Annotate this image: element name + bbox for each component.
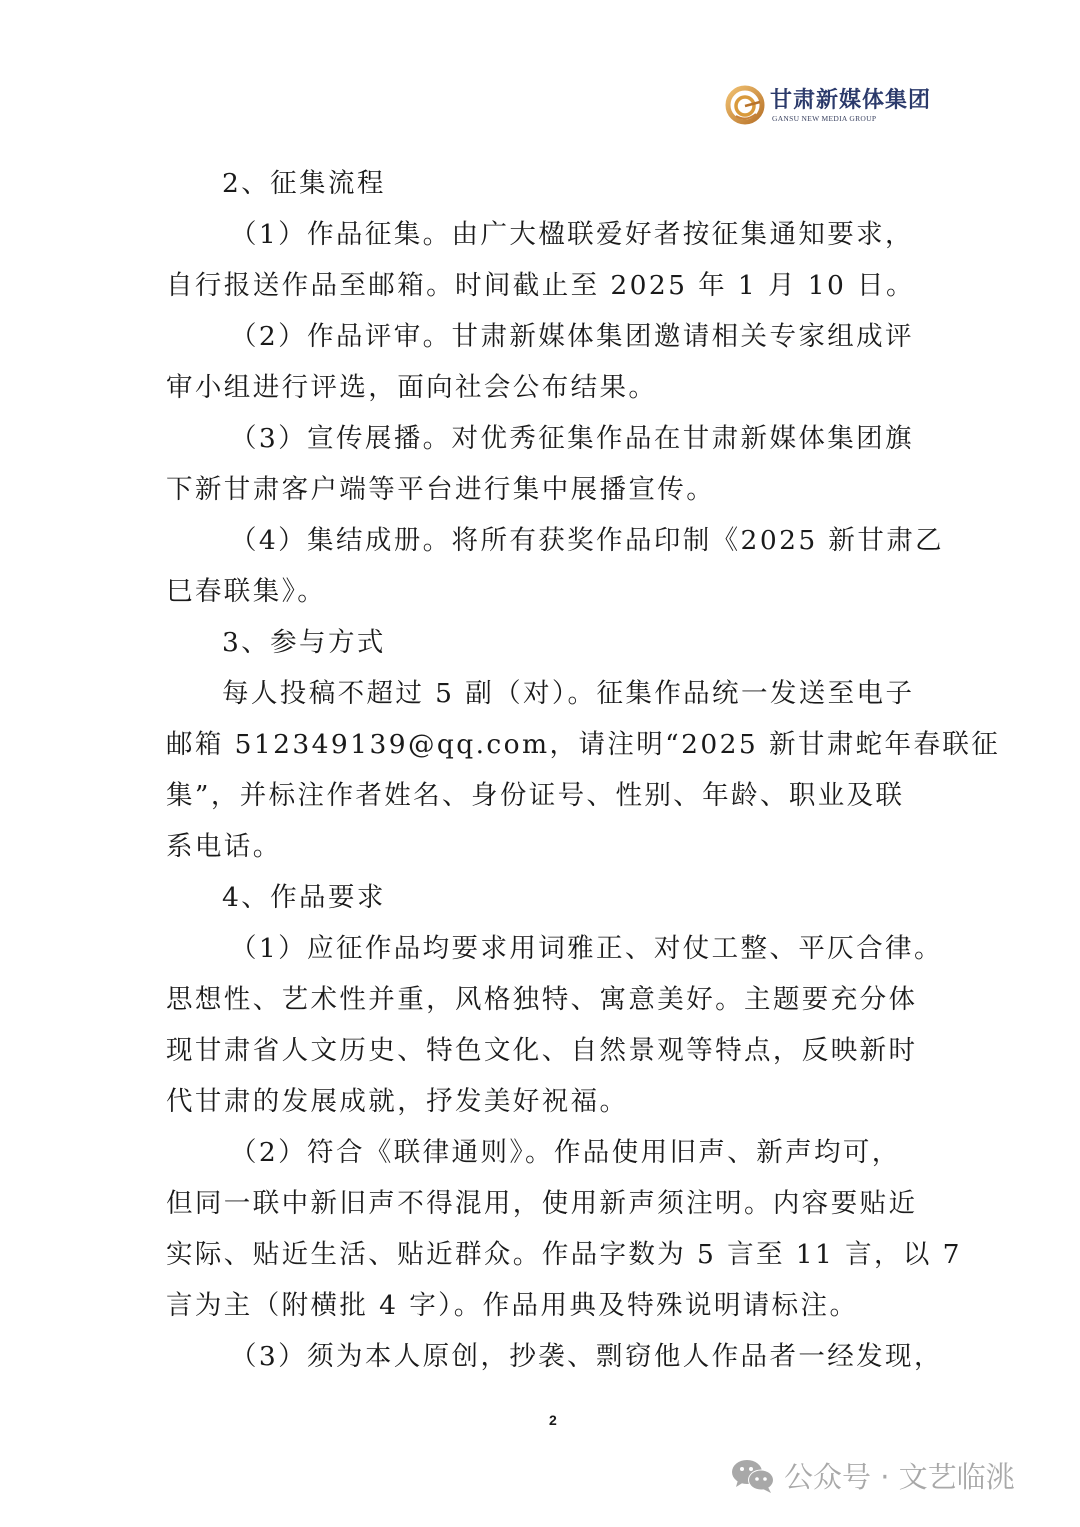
paragraph-line: 但同一联中新旧声不得混用，使用新声须注明。内容要贴近 <box>166 1178 916 1229</box>
paragraph-line: 每人投稿不超过 5 副（对）。征集作品统一发送至电子 <box>166 668 916 719</box>
section-heading-requirements: 4、作品要求 <box>166 872 916 923</box>
paragraph-line: 实际、贴近生活、贴近群众。作品字数为 5 言至 11 言，以 7 <box>166 1229 916 1280</box>
wechat-icon <box>730 1458 776 1494</box>
paragraph-line: 自行报送作品至邮箱。时间截止至 2025 年 1 月 10 日。 <box>166 260 916 311</box>
wechat-watermark: 公众号 · 文艺临洮 <box>730 1455 1015 1496</box>
page-number: 2 <box>549 1412 557 1428</box>
paragraph-line: 言为主（附横批 4 字）。作品用典及特殊说明请标注。 <box>166 1280 916 1331</box>
document-body: 2、征集流程 （1）作品征集。由广大楹联爱好者按征集通知要求， 自行报送作品至邮… <box>166 158 916 1382</box>
section-heading-process: 2、征集流程 <box>166 158 916 209</box>
paragraph-line: （4）集结成册。将所有获奖作品印制《2025 新甘肃乙 <box>166 515 916 566</box>
group-logo: 甘肃新媒体集团 GANSU NEW MEDIA GROUP <box>724 84 931 126</box>
paragraph-line: 思想性、艺术性并重，风格独特、寓意美好。主题要充分体 <box>166 974 916 1025</box>
paragraph-line: 系电话。 <box>166 821 916 872</box>
paragraph-line: 代甘肃的发展成就，抒发美好祝福。 <box>166 1076 916 1127</box>
paragraph-line: 巳春联集》。 <box>166 566 916 617</box>
paragraph-line: （1）作品征集。由广大楹联爱好者按征集通知要求， <box>166 209 916 260</box>
swirl-logo-icon <box>724 84 766 126</box>
paragraph-line: 现甘肃省人文历史、特色文化、自然景观等特点，反映新时 <box>166 1025 916 1076</box>
logo-chinese-name: 甘肃新媒体集团 <box>770 88 931 112</box>
paragraph-line: 审小组进行评选，面向社会公布结果。 <box>166 362 916 413</box>
watermark-text: 公众号 · 文艺临洮 <box>784 1455 1015 1496</box>
logo-english-name: GANSU NEW MEDIA GROUP <box>772 114 876 123</box>
paragraph-line: 集”，并标注作者姓名、身份证号、性别、年龄、职业及联 <box>166 770 916 821</box>
paragraph-line: （2）符合《联律通则》。作品使用旧声、新声均可， <box>166 1127 916 1178</box>
paragraph-line: （3）宣传展播。对优秀征集作品在甘肃新媒体集团旗 <box>166 413 916 464</box>
paragraph-line: （2）作品评审。甘肃新媒体集团邀请相关专家组成评 <box>166 311 916 362</box>
paragraph-line: 下新甘肃客户端等平台进行集中展播宣传。 <box>166 464 916 515</box>
paragraph-line-email: 邮箱 512349139@qq.com，请注明“2025 新甘肃蛇年春联征 <box>166 719 916 770</box>
section-heading-participation: 3、参与方式 <box>166 617 916 668</box>
paragraph-line: （1）应征作品均要求用词雅正、对仗工整、平仄合律。 <box>166 923 916 974</box>
paragraph-line: （3）须为本人原创，抄袭、剽窃他人作品者一经发现， <box>166 1331 916 1382</box>
